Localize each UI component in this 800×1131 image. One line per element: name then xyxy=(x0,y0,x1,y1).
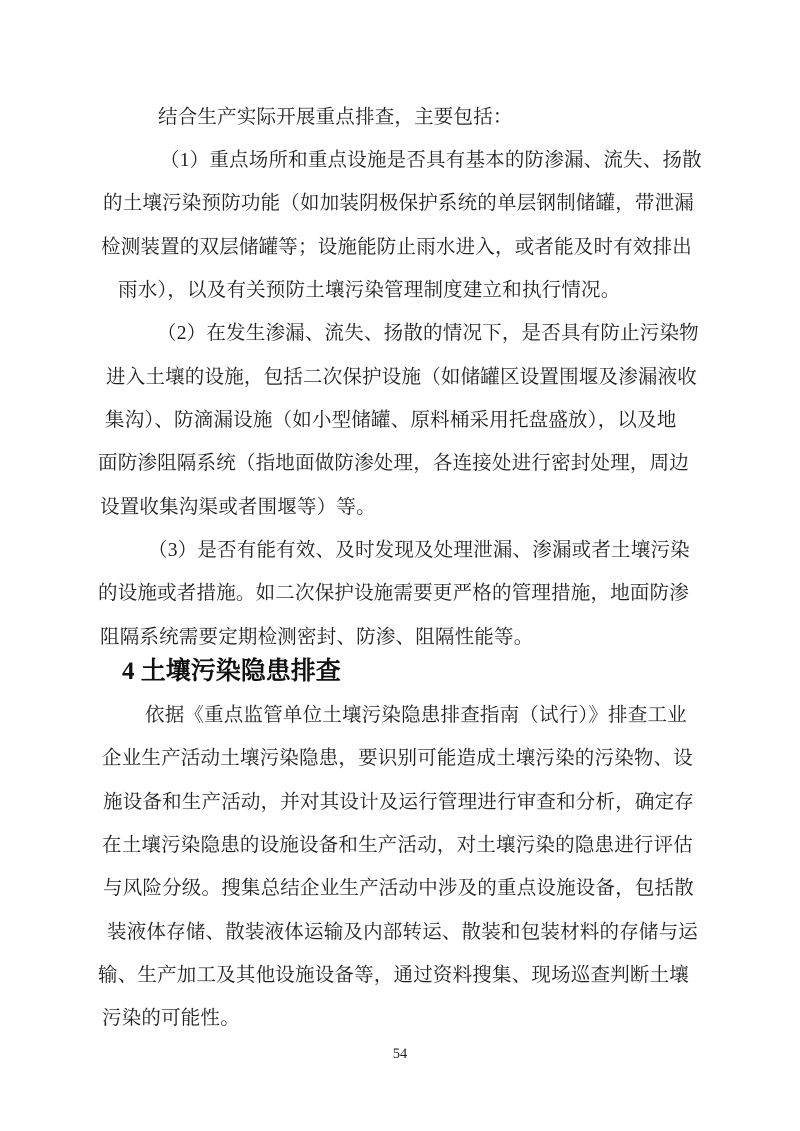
text-line: （2）在发生渗漏、流失、扬散的情况下，是否具有防止污染物 xyxy=(157,321,699,347)
text-line: 的土壤污染预防功能（如加装阴极保护系统的单层钢制储罐，带泄漏 xyxy=(103,191,694,217)
text-line: 面防渗阻隔系统（指地面做防渗处理，各连接处进行密封处理，周边 xyxy=(98,451,689,477)
text-line: 的设施或者措施。如二次保护设施需要更严格的管理措施，地面防渗 xyxy=(98,581,689,607)
text-line: 检测装置的双层储罐等；设施能防止雨水进入，或者能及时有效排出 xyxy=(101,235,692,261)
page-number: 54 xyxy=(0,1046,800,1063)
section-heading: 4 土壤污染隐患排查 xyxy=(122,657,341,687)
text-line: 施设备和生产活动，并对其设计及运行管理进行审查和分析，确定存 xyxy=(103,790,694,816)
text-line: 雨水），以及有关预防土壤污染管理制度建立和执行情况。 xyxy=(118,278,620,304)
text-line: 输、生产加工及其他设施设备等，通过资料搜集、现场巡查判断土壤 xyxy=(98,963,689,989)
text-line: 结合生产实际开展重点排查，主要包括： xyxy=(158,105,513,131)
text-line: 集沟）、防滴漏设施（如小型储罐、原料桶采用托盘盛放），以及地 xyxy=(105,408,677,434)
text-line: 企业生产活动土壤污染隐患，要识别可能造成土壤污染的污染物、设 xyxy=(102,746,693,772)
text-line: 设置收集沟渠或者围堰等）等。 xyxy=(100,495,376,521)
text-line: 在土壤污染隐患的设施设备和生产活动，对土壤污染的隐患进行评估 xyxy=(102,833,693,859)
text-line: 污染的可能性。 xyxy=(102,1006,240,1032)
text-line: （3）是否有能有效、及时发现及处理泄漏、渗漏或者土壤污染 xyxy=(148,538,690,564)
text-line: 进入土壤的设施，包括二次保护设施（如储罐区设置围堰及渗漏液收 xyxy=(106,365,697,391)
text-line: 阻隔系统需要定期检测密封、防渗、阻隔性能等。 xyxy=(100,625,533,651)
text-line: 装液体存储、散装液体运输及内部转运、散装和包装材料的存储与运 xyxy=(107,920,698,946)
text-line: （1）重点场所和重点设施是否具有基本的防渗漏、流失、扬散 xyxy=(160,148,702,174)
document-page: 结合生产实际开展重点排查，主要包括： （1）重点场所和重点设施是否具有基本的防渗… xyxy=(0,0,800,1131)
text-line: 与风险分级。搜集总结企业生产活动中涉及的重点设施设备，包括散 xyxy=(103,876,694,902)
text-line: 依据《重点监管单位土壤污染隐患排查指南（试行）》排查工业 xyxy=(145,703,687,729)
